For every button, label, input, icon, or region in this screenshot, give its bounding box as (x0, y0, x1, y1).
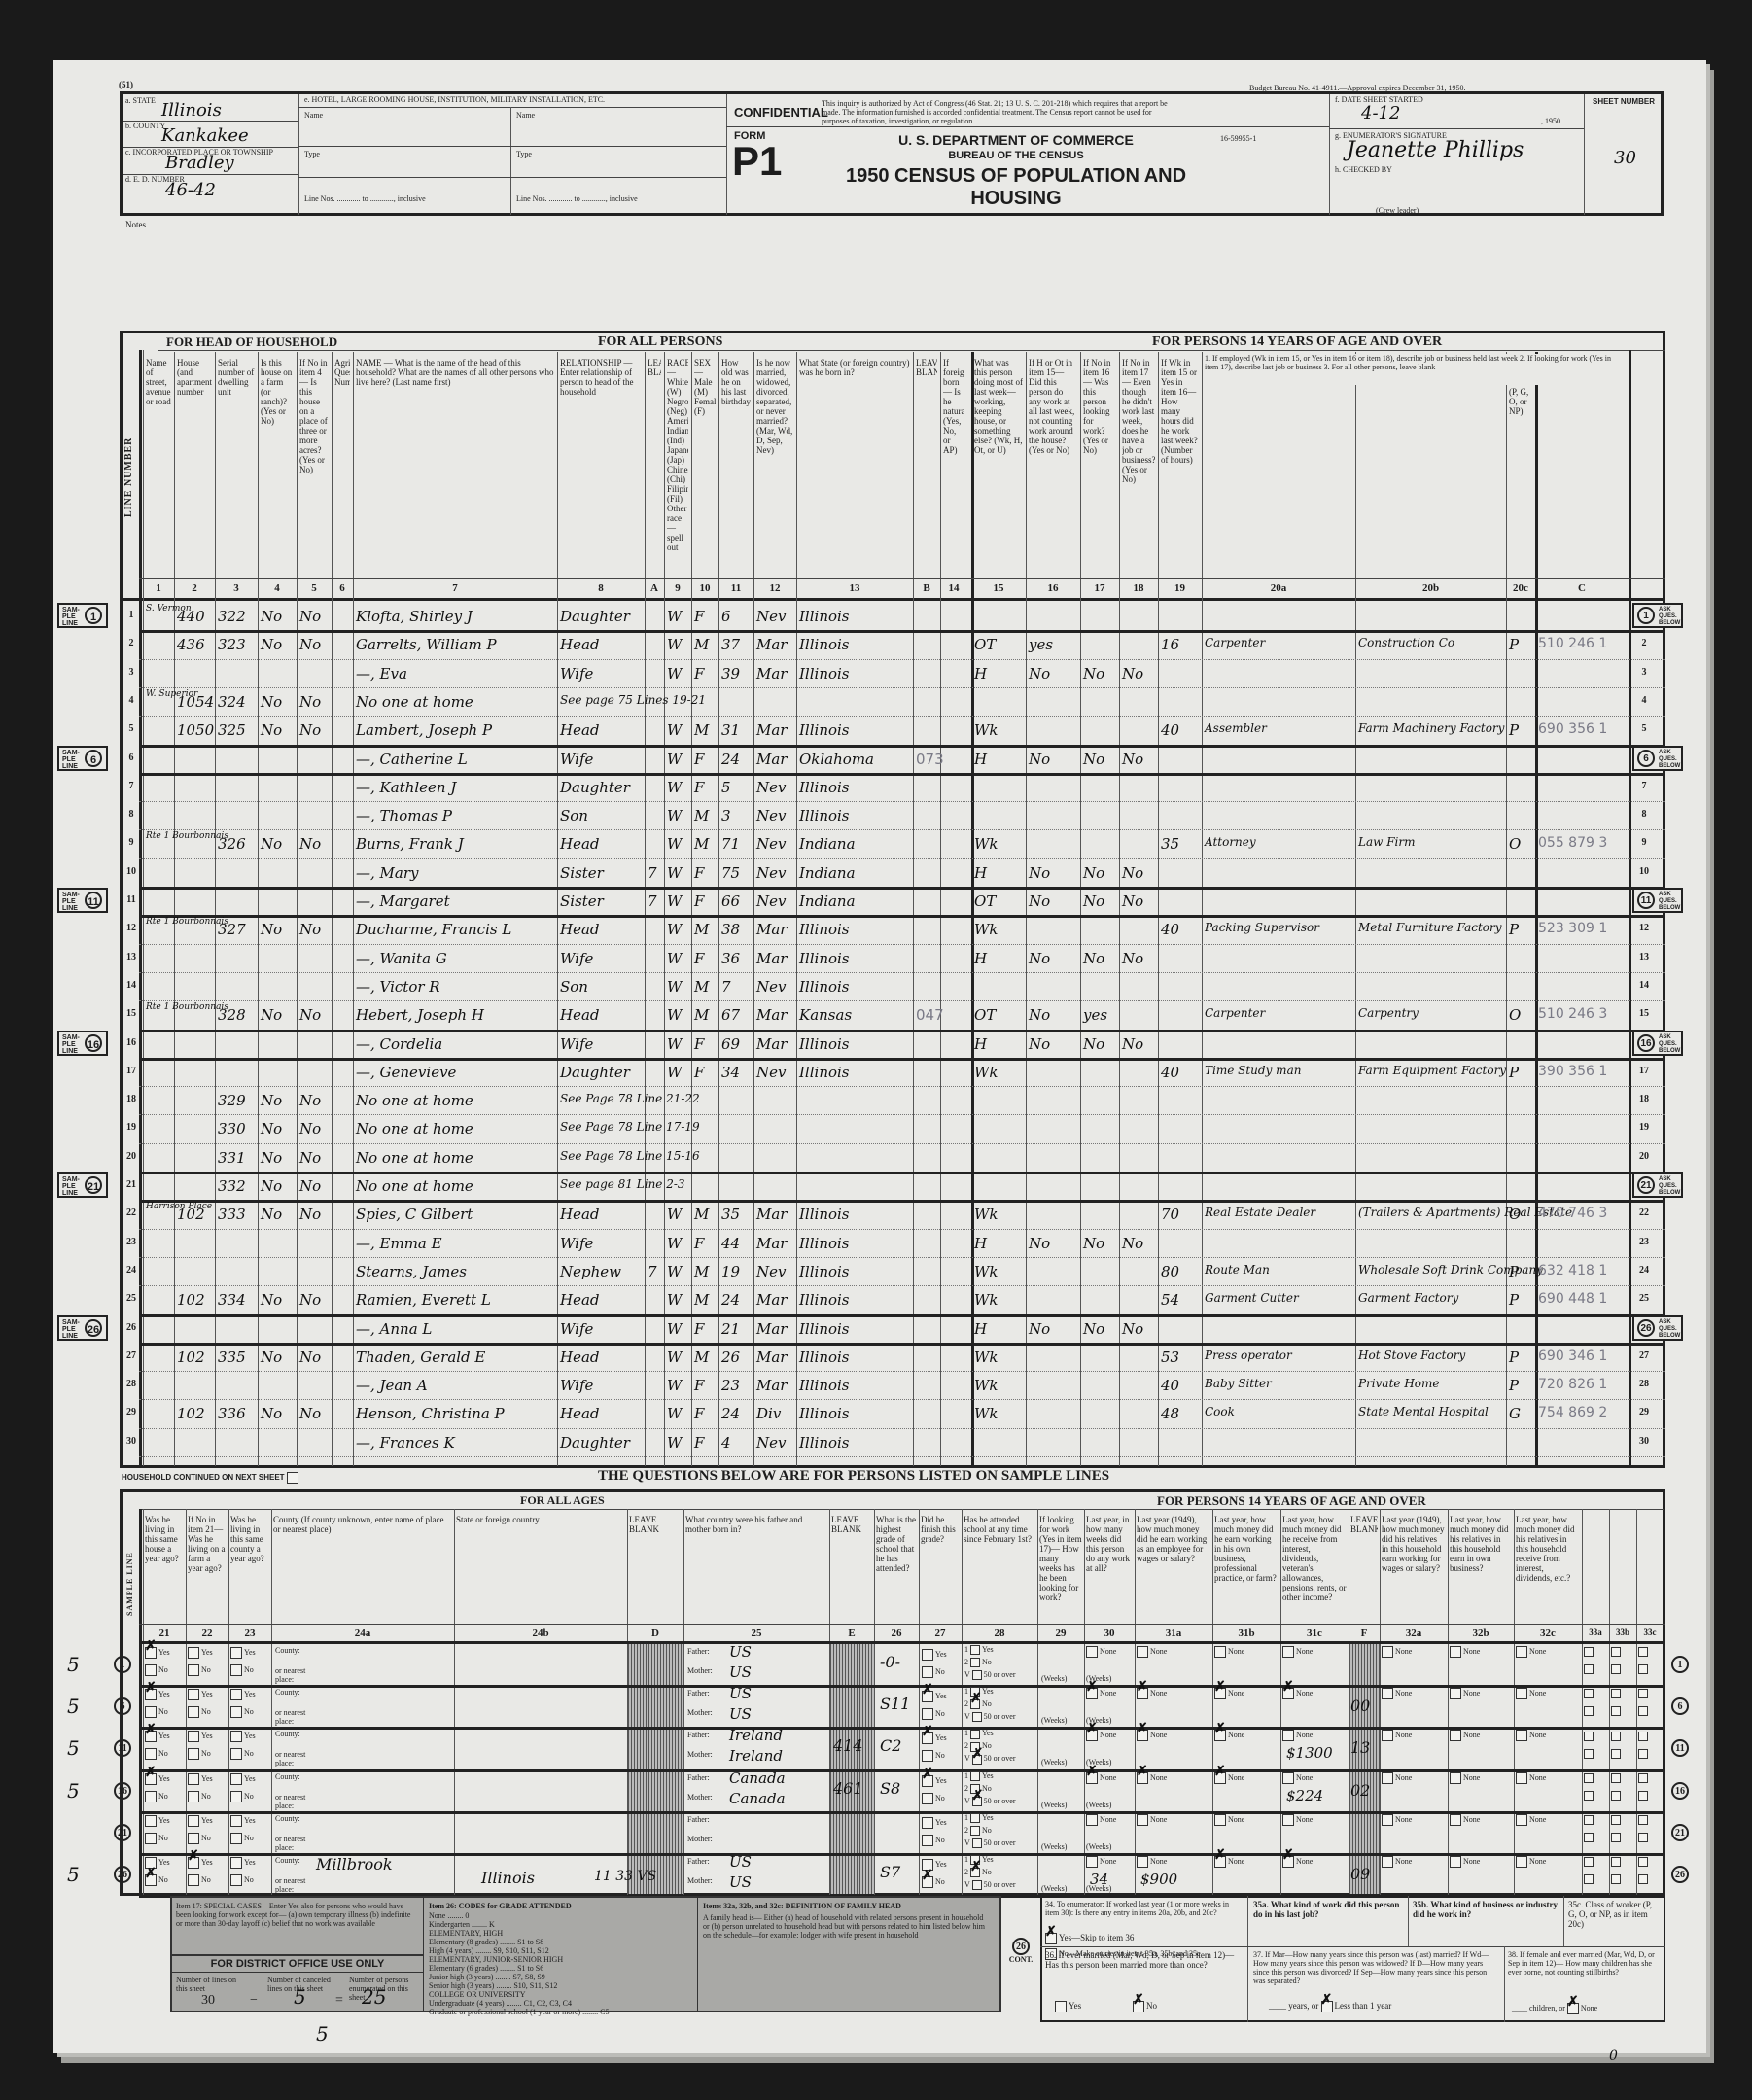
cell-race[interactable]: W (667, 636, 682, 653)
cell-serial[interactable]: 331 (218, 1149, 246, 1167)
cell-q17[interactable]: No (1083, 1035, 1104, 1053)
q38-none-checkbox[interactable] (1567, 2003, 1579, 2014)
grade-value[interactable]: -0- (880, 1653, 900, 1671)
q28-opt3-checkbox[interactable] (972, 1797, 982, 1806)
mother-birthplace[interactable]: Canada (729, 1790, 786, 1807)
cell-age[interactable]: 36 (721, 950, 740, 967)
cell-activity[interactable]: OT (974, 636, 996, 653)
cell-race[interactable]: W (667, 1235, 682, 1252)
q22-yes-checkbox[interactable] (188, 1815, 199, 1827)
cell-activity[interactable]: H (974, 1320, 987, 1338)
cell-name[interactable]: —, Cordelia (356, 1035, 442, 1053)
cell-farm[interactable]: No (261, 1120, 282, 1137)
ww2-no-checkbox[interactable] (1584, 1749, 1594, 1759)
q31c-none-checkbox[interactable] (1282, 1772, 1294, 1784)
cell-activity[interactable]: Wk (974, 1291, 999, 1309)
cell-industry[interactable]: Hot Stove Factory (1358, 1348, 1465, 1362)
q23-yes-checkbox[interactable] (230, 1647, 242, 1659)
cell-rel[interactable]: Head (560, 721, 600, 739)
cell-rel[interactable]: Daughter (560, 1064, 630, 1081)
cell-marital[interactable]: Mar (756, 1035, 787, 1053)
cell-sex[interactable]: M (694, 1206, 709, 1223)
cell-rel[interactable]: Head (560, 1405, 600, 1422)
cell-farm[interactable]: No (261, 1348, 282, 1366)
cell-acres[interactable]: No (299, 1206, 321, 1223)
cell-house[interactable]: 1054 (177, 693, 214, 711)
cell-farm[interactable]: No (261, 1177, 282, 1195)
cell-birthplace[interactable]: Illinois (799, 950, 850, 967)
cell-hours[interactable]: 40 (1161, 1064, 1179, 1081)
cell-hours[interactable]: 35 (1161, 835, 1179, 853)
cell-age[interactable]: 23 (721, 1377, 740, 1394)
q32b-none-checkbox[interactable] (1450, 1814, 1461, 1826)
cell-age[interactable]: 7 (721, 978, 731, 996)
cell-race[interactable]: W (667, 1320, 682, 1338)
cell-serial[interactable]: 334 (218, 1291, 246, 1309)
q28-opt3-checkbox[interactable] (972, 1880, 982, 1890)
cell-race[interactable]: W (667, 1035, 682, 1053)
cell-age[interactable]: 24 (721, 1291, 740, 1309)
cell-marital[interactable]: Mar (756, 665, 787, 682)
cell-acres[interactable]: No (299, 608, 321, 625)
cell-code[interactable]: 754 869 2 (1538, 1405, 1607, 1420)
cell-occupation[interactable]: Garment Cutter (1205, 1291, 1299, 1305)
cell-sex[interactable]: M (694, 1291, 709, 1309)
cell-activity[interactable]: Wk (974, 835, 999, 853)
cell-age[interactable]: 24 (721, 751, 740, 768)
cell-marital[interactable]: Mar (756, 636, 787, 653)
cell-house[interactable]: 440 (177, 608, 205, 625)
col-f-value[interactable]: 13 (1350, 1738, 1370, 1757)
cell-hours[interactable]: 70 (1161, 1206, 1179, 1223)
cell-age[interactable]: 21 (721, 1320, 740, 1338)
other-yes-checkbox[interactable] (1638, 1689, 1648, 1698)
col-f-value[interactable]: 09 (1350, 1865, 1370, 1883)
q32a-none-checkbox[interactable] (1382, 1646, 1393, 1658)
cell-name[interactable]: Ducharme, Francis L (356, 921, 511, 938)
q21-no-checkbox[interactable] (145, 1748, 157, 1760)
cell-name[interactable]: Burns, Frank J (356, 835, 464, 853)
cell-q17[interactable]: No (1083, 892, 1104, 910)
q31a-none-checkbox[interactable] (1137, 1730, 1148, 1741)
cell-activity[interactable]: H (974, 864, 987, 882)
cell-birthplace[interactable]: Illinois (799, 807, 850, 824)
cell-sex[interactable]: M (694, 835, 709, 853)
cell-q18[interactable]: No (1122, 892, 1143, 910)
q32a-none-checkbox[interactable] (1382, 1772, 1393, 1784)
cell-marital[interactable]: Mar (756, 1235, 787, 1252)
cell-activity[interactable]: Wk (974, 1263, 999, 1280)
cell-birthplace[interactable]: Illinois (799, 1064, 850, 1081)
cell-q16[interactable]: yes (1029, 636, 1053, 653)
cell-name[interactable]: Garrelts, William P (356, 636, 497, 653)
q32a-none-checkbox[interactable] (1382, 1730, 1393, 1741)
cell-farm[interactable]: No (261, 1149, 282, 1167)
ww1-yes-checkbox[interactable] (1611, 1857, 1621, 1867)
cell-industry[interactable]: Construction Co (1358, 636, 1454, 649)
q28-opt3-checkbox[interactable] (972, 1755, 982, 1765)
q21-no-checkbox[interactable] (145, 1874, 157, 1886)
cell-occupation[interactable]: Assembler (1205, 721, 1267, 735)
cell-house[interactable]: 102 (177, 1291, 205, 1309)
place-value[interactable]: Bradley (165, 153, 234, 173)
cell-birthplace[interactable]: Illinois (799, 608, 850, 625)
cell-serial[interactable]: 332 (218, 1177, 246, 1195)
cell-birthplace[interactable]: Kansas (799, 1006, 852, 1024)
cell-rel[interactable]: Sister (560, 892, 604, 910)
grade-value[interactable]: S7 (880, 1863, 900, 1881)
cell-name[interactable]: —, Mary (356, 864, 418, 882)
ed-value[interactable]: 46-42 (165, 180, 216, 200)
cell-age[interactable]: 19 (721, 1263, 740, 1280)
cell-code[interactable]: 690 356 1 (1538, 721, 1607, 737)
cell-activity[interactable]: H (974, 665, 987, 682)
cell-q17[interactable]: No (1083, 864, 1104, 882)
cell-acres[interactable]: No (299, 636, 321, 653)
q31c-amount[interactable]: $224 (1286, 1787, 1323, 1804)
cell-occupation[interactable]: Cook (1205, 1405, 1235, 1418)
cell-acres[interactable]: No (299, 1348, 321, 1366)
cell-age[interactable]: 26 (721, 1348, 740, 1366)
q21-no-checkbox[interactable] (145, 1833, 157, 1844)
q32b-none-checkbox[interactable] (1450, 1688, 1461, 1699)
cell-sex[interactable]: F (694, 1377, 704, 1394)
cell-marital[interactable]: Nev (756, 1263, 786, 1280)
cell-marital[interactable]: Mar (756, 1377, 787, 1394)
cell-industry[interactable]: Metal Furniture Factory (1358, 921, 1502, 934)
cell-q16[interactable]: No (1029, 864, 1050, 882)
ww2-yes-checkbox[interactable] (1584, 1773, 1594, 1783)
cell-class[interactable]: P (1509, 1348, 1519, 1366)
q21-yes-checkbox[interactable] (145, 1731, 157, 1742)
ww2-yes-checkbox[interactable] (1584, 1815, 1594, 1825)
cell-race[interactable]: W (667, 978, 682, 996)
cell-acres[interactable]: No (299, 1149, 321, 1167)
cell-serial[interactable]: 324 (218, 693, 246, 711)
cell-q16[interactable]: No (1029, 1006, 1050, 1024)
cell-marital[interactable]: Mar (756, 1206, 787, 1223)
date-value[interactable]: 4-12 (1361, 103, 1400, 123)
cell-class[interactable]: O (1509, 835, 1521, 853)
ww1-no-checkbox[interactable] (1611, 1706, 1621, 1716)
cell-birthplace[interactable]: Illinois (799, 1206, 850, 1223)
cell-rel[interactable]: Head (560, 1206, 600, 1223)
other-no-checkbox[interactable] (1638, 1749, 1648, 1759)
cell-class[interactable]: P (1509, 721, 1519, 739)
cell-race[interactable]: W (667, 779, 682, 796)
cell-industry[interactable]: State Mental Hospital (1358, 1405, 1489, 1418)
cell-name[interactable]: Thaden, Gerald E (356, 1348, 485, 1366)
q23-no-checkbox[interactable] (230, 1874, 242, 1886)
cell-code[interactable]: 510 246 1 (1538, 636, 1607, 651)
cell-name[interactable]: Ramien, Everett L (356, 1291, 491, 1309)
col-e-value[interactable]: 414 (833, 1736, 863, 1755)
cell-activity[interactable]: Wk (974, 1206, 999, 1223)
q31a-none-checkbox[interactable] (1137, 1688, 1148, 1699)
q32c-none-checkbox[interactable] (1516, 1646, 1527, 1658)
weeks_worked-none-checkbox[interactable] (1086, 1730, 1098, 1741)
q27-no-checkbox[interactable] (922, 1876, 933, 1888)
cell-rel[interactable]: Head (560, 1291, 600, 1309)
cell-activity[interactable]: H (974, 950, 987, 967)
q23-no-checkbox[interactable] (230, 1748, 242, 1760)
cell-marital[interactable]: Mar (756, 721, 787, 739)
q22-yes-checkbox[interactable] (188, 1731, 199, 1742)
cell-marital[interactable]: Nev (756, 779, 786, 796)
other-yes-checkbox[interactable] (1638, 1647, 1648, 1657)
q28-opt3-checkbox[interactable] (972, 1670, 982, 1680)
cell-marital[interactable]: Mar (756, 1348, 787, 1366)
ww1-no-checkbox[interactable] (1611, 1749, 1621, 1759)
cell-sex[interactable]: M (694, 1263, 709, 1280)
q23-yes-checkbox[interactable] (230, 1773, 242, 1785)
cell-street[interactable]: Rte 1 Bourbonnais (146, 831, 228, 841)
col-d-value[interactable]: 11 33 VS (594, 1869, 656, 1884)
cell-occupation[interactable]: Route Man (1205, 1263, 1270, 1277)
cell-race[interactable]: W (667, 1434, 682, 1452)
q36-no-checkbox[interactable] (1133, 2001, 1144, 2012)
cell-code[interactable]: 510 246 3 (1538, 1006, 1607, 1022)
cell-race[interactable]: W (667, 1263, 682, 1280)
q32c-none-checkbox[interactable] (1516, 1772, 1527, 1784)
cell-activity[interactable]: Wk (974, 1348, 999, 1366)
q23-yes-checkbox[interactable] (230, 1731, 242, 1742)
q27-no-checkbox[interactable] (922, 1708, 933, 1720)
cell-colB[interactable]: 047 (916, 1006, 944, 1024)
cell-age[interactable]: 37 (721, 636, 740, 653)
q23-no-checkbox[interactable] (230, 1833, 242, 1844)
ww1-yes-checkbox[interactable] (1611, 1815, 1621, 1825)
ww2-yes-checkbox[interactable] (1584, 1732, 1594, 1741)
cell-q16[interactable]: No (1029, 1320, 1050, 1338)
cell-serial[interactable]: 325 (218, 721, 246, 739)
cell-code[interactable]: 470 746 3 (1538, 1206, 1607, 1221)
cell-colA[interactable]: 7 (648, 892, 657, 910)
cell-hours[interactable]: 40 (1161, 921, 1179, 938)
q22-no-checkbox[interactable] (188, 1791, 199, 1802)
cell-name[interactable]: No one at home (356, 1120, 473, 1137)
father-birthplace[interactable]: US (729, 1643, 752, 1661)
cell-rel[interactable]: Wife (560, 1377, 593, 1394)
ww1-yes-checkbox[interactable] (1611, 1732, 1621, 1741)
cell-age[interactable]: 35 (721, 1206, 740, 1223)
cell-age[interactable]: 75 (721, 864, 740, 882)
cell-age[interactable]: 4 (721, 1434, 731, 1452)
household-continued-checkbox[interactable] (287, 1472, 298, 1484)
cell-rel[interactable]: Head (560, 835, 600, 853)
grade-value[interactable]: S8 (880, 1779, 900, 1798)
cell-hours[interactable]: 16 (1161, 636, 1179, 653)
cell-class[interactable]: P (1509, 1377, 1519, 1394)
cell-rel[interactable]: Wife (560, 751, 593, 768)
cell-rel[interactable]: Daughter (560, 1434, 630, 1452)
cell-acres[interactable]: No (299, 693, 321, 711)
cell-name[interactable]: —, Wanita G (356, 950, 447, 967)
cell-acres[interactable]: No (299, 1291, 321, 1309)
cell-rel[interactable]: See Page 78 Line 21-22 (560, 1092, 700, 1105)
ww1-yes-checkbox[interactable] (1611, 1773, 1621, 1783)
cell-farm[interactable]: No (261, 921, 282, 938)
cell-rel[interactable]: Daughter (560, 608, 630, 625)
cell-age[interactable]: 6 (721, 608, 731, 625)
cell-sex[interactable]: F (694, 1434, 704, 1452)
cell-activity[interactable]: Wk (974, 1377, 999, 1394)
cell-serial[interactable]: 323 (218, 636, 246, 653)
cell-q18[interactable]: No (1122, 751, 1143, 768)
cell-name[interactable]: —, Thomas P (356, 807, 452, 824)
cell-rel[interactable]: Head (560, 921, 600, 938)
other-no-checkbox[interactable] (1638, 1706, 1648, 1716)
cell-farm[interactable]: No (261, 608, 282, 625)
cell-rel[interactable]: See Page 78 Line 17-19 (560, 1120, 700, 1134)
cell-q16[interactable]: No (1029, 1235, 1050, 1252)
q21-no-checkbox[interactable] (145, 1664, 157, 1676)
q27-yes-checkbox[interactable] (922, 1732, 933, 1744)
cell-occupation[interactable]: Packing Supervisor (1205, 921, 1319, 934)
q21-yes-checkbox[interactable] (145, 1815, 157, 1827)
ww2-no-checkbox[interactable] (1584, 1791, 1594, 1801)
cell-acres[interactable]: No (299, 721, 321, 739)
q27-no-checkbox[interactable] (922, 1750, 933, 1762)
q27-yes-checkbox[interactable] (922, 1691, 933, 1702)
q28-opt2-checkbox[interactable] (970, 1826, 980, 1836)
cell-code[interactable]: 690 448 1 (1538, 1291, 1607, 1307)
cell-birthplace[interactable]: Illinois (799, 636, 850, 653)
cell-serial[interactable]: 326 (218, 835, 246, 853)
cell-activity[interactable]: Wk (974, 921, 999, 938)
cell-rel[interactable]: Wife (560, 665, 593, 682)
cell-sex[interactable]: F (694, 1064, 704, 1081)
cell-house[interactable]: 436 (177, 636, 205, 653)
cell-birthplace[interactable]: Illinois (799, 779, 850, 796)
cell-hours[interactable]: 40 (1161, 721, 1179, 739)
q28-opt1-checkbox[interactable] (970, 1730, 980, 1739)
cell-marital[interactable]: Nev (756, 835, 786, 853)
cell-acres[interactable]: No (299, 921, 321, 938)
q32c-none-checkbox[interactable] (1516, 1814, 1527, 1826)
cell-class[interactable]: O (1509, 1006, 1521, 1024)
cell-class[interactable]: P (1509, 636, 1519, 653)
cell-q17[interactable]: No (1083, 950, 1104, 967)
cell-name[interactable]: Hebert, Joseph H (356, 1006, 484, 1024)
cell-activity[interactable]: H (974, 1235, 987, 1252)
cell-name[interactable]: Henson, Christina P (356, 1405, 505, 1422)
cell-hours[interactable]: 80 (1161, 1263, 1179, 1280)
father-birthplace[interactable]: Canada (729, 1769, 786, 1787)
cell-colA[interactable]: 7 (648, 1263, 657, 1280)
cell-class[interactable]: P (1509, 921, 1519, 938)
cell-age[interactable]: 24 (721, 1405, 740, 1422)
other-no-checkbox[interactable] (1638, 1833, 1648, 1842)
cell-birthplace[interactable]: Illinois (799, 1320, 850, 1338)
cell-class[interactable]: P (1509, 1291, 1519, 1309)
cell-farm[interactable]: No (261, 693, 282, 711)
cell-age[interactable]: 71 (721, 835, 740, 853)
cell-name[interactable]: —, Catherine L (356, 751, 468, 768)
weeks_worked-none-checkbox[interactable] (1086, 1688, 1098, 1699)
other-no-checkbox[interactable] (1638, 1791, 1648, 1801)
cell-q18[interactable]: No (1122, 1035, 1143, 1053)
q22-no-checkbox[interactable] (188, 1664, 199, 1676)
q22-no-checkbox[interactable] (188, 1706, 199, 1718)
q31b-none-checkbox[interactable] (1214, 1856, 1226, 1868)
mother-birthplace[interactable]: Ireland (729, 1747, 783, 1765)
cell-marital[interactable]: Mar (756, 1006, 787, 1024)
state-value[interactable]: Illinois (481, 1869, 535, 1887)
cell-name[interactable]: —, Jean A (356, 1377, 428, 1394)
q23-yes-checkbox[interactable] (230, 1815, 242, 1827)
cell-marital[interactable]: Nev (756, 1434, 786, 1452)
cell-q17[interactable]: No (1083, 1320, 1104, 1338)
cell-name[interactable]: —, Margaret (356, 892, 450, 910)
cell-farm[interactable]: No (261, 1006, 282, 1024)
mother-birthplace[interactable]: US (729, 1873, 752, 1891)
cell-sex[interactable]: M (694, 807, 709, 824)
cell-name[interactable]: —, Genevieve (356, 1064, 456, 1081)
cell-q17[interactable]: No (1083, 665, 1104, 682)
cell-occupation[interactable]: Attorney (1205, 835, 1256, 849)
ww1-yes-checkbox[interactable] (1611, 1647, 1621, 1657)
cell-rel[interactable]: Wife (560, 1320, 593, 1338)
cell-marital[interactable]: Mar (756, 921, 787, 938)
canceled-value[interactable]: 5 (294, 1985, 306, 2009)
cell-age[interactable]: 66 (721, 892, 740, 910)
cell-code[interactable]: 720 826 1 (1538, 1377, 1607, 1392)
cell-colA[interactable]: 7 (648, 864, 657, 882)
cell-marital[interactable]: Nev (756, 1064, 786, 1081)
cell-hours[interactable]: 54 (1161, 1291, 1179, 1309)
mother-birthplace[interactable]: US (729, 1663, 752, 1681)
father-birthplace[interactable]: US (729, 1685, 752, 1702)
cell-industry[interactable]: Law Firm (1358, 835, 1416, 849)
cell-class[interactable]: P (1509, 1064, 1519, 1081)
cell-acres[interactable]: No (299, 1405, 321, 1422)
cell-sex[interactable]: F (694, 751, 704, 768)
father-birthplace[interactable]: Ireland (729, 1727, 783, 1744)
ww1-yes-checkbox[interactable] (1611, 1689, 1621, 1698)
cell-hours[interactable]: 40 (1161, 1377, 1179, 1394)
cell-occupation[interactable]: Carpenter (1205, 1006, 1265, 1020)
cell-serial[interactable]: 336 (218, 1405, 246, 1422)
cell-house[interactable]: 102 (177, 1348, 205, 1366)
q31c-none-checkbox[interactable] (1282, 1856, 1294, 1868)
cell-code[interactable]: 523 309 1 (1538, 921, 1607, 936)
q31a-none-checkbox[interactable] (1137, 1814, 1148, 1826)
q37-less-checkbox[interactable] (1321, 2001, 1333, 2012)
cell-race[interactable]: W (667, 1291, 682, 1309)
cell-marital[interactable]: Div (756, 1405, 781, 1422)
q28-opt1-checkbox[interactable] (970, 1771, 980, 1781)
cell-occupation[interactable]: Time Study man (1205, 1064, 1301, 1077)
ww2-no-checkbox[interactable] (1584, 1664, 1594, 1674)
q27-no-checkbox[interactable] (922, 1835, 933, 1846)
cell-age[interactable]: 44 (721, 1235, 740, 1252)
cell-class[interactable]: G (1509, 1405, 1521, 1422)
cell-rel[interactable]: Son (560, 978, 588, 996)
cell-sex[interactable]: F (694, 1235, 704, 1252)
cell-rel[interactable]: Head (560, 1006, 600, 1024)
q28-opt2-checkbox[interactable] (970, 1868, 980, 1877)
q31a-none-checkbox[interactable] (1137, 1856, 1148, 1868)
q28-opt3-checkbox[interactable] (972, 1838, 982, 1848)
q31a-amount[interactable]: $900 (1140, 1871, 1177, 1888)
cell-q17[interactable]: No (1083, 1235, 1104, 1252)
cell-birthplace[interactable]: Illinois (799, 1035, 850, 1053)
cell-race[interactable]: W (667, 1206, 682, 1223)
cell-farm[interactable]: No (261, 636, 282, 653)
q28-opt1-checkbox[interactable] (970, 1813, 980, 1823)
cell-industry[interactable]: Farm Machinery Factory (1358, 721, 1504, 735)
